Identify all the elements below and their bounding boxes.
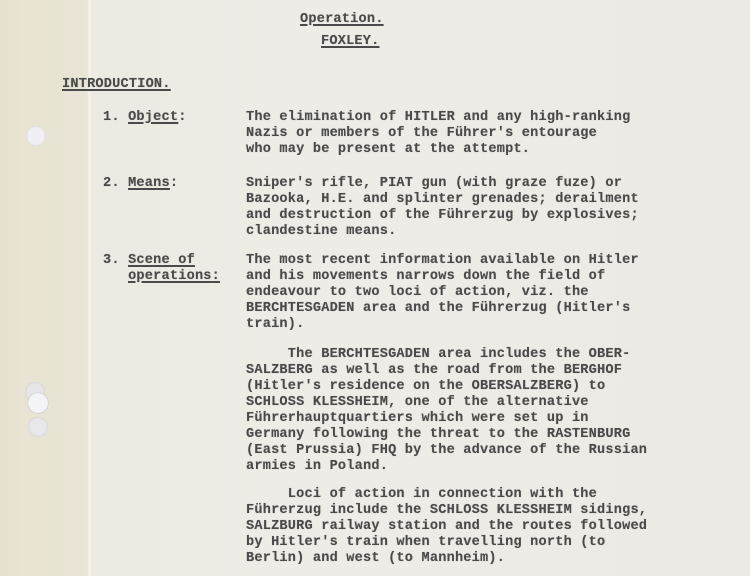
- punch-hole: [28, 393, 48, 413]
- item-3-paragraph-2: The BERCHTESGADEN area includes the OBER…: [246, 347, 647, 475]
- punch-hole: [28, 417, 48, 437]
- title-foxley: FOXLEY.: [321, 34, 380, 49]
- item-3-text: The most recent information available on…: [246, 253, 639, 333]
- item-1-label: 1. Object:: [103, 110, 187, 126]
- punch-hole: [26, 126, 46, 146]
- title-line-1: Operation.: [300, 12, 384, 28]
- item-2-text: Sniper's rifle, PIAT gun (with graze fuz…: [246, 176, 639, 240]
- section-heading: INTRODUCTION.: [62, 77, 171, 93]
- item-1-text: The elimination of HITLER and any high-r…: [246, 110, 630, 158]
- scanned-page: Operation. FOXLEY. INTRODUCTION. 1. Obje…: [0, 0, 750, 576]
- title-operation: Operation.: [300, 12, 384, 27]
- item-2-label: 2. Means:: [103, 176, 178, 192]
- item-3-label: 3. Scene of operations:: [103, 253, 220, 285]
- title-line-2: FOXLEY.: [321, 34, 380, 50]
- item-3-paragraph-3: Loci of action in connection with theFüh…: [246, 487, 647, 567]
